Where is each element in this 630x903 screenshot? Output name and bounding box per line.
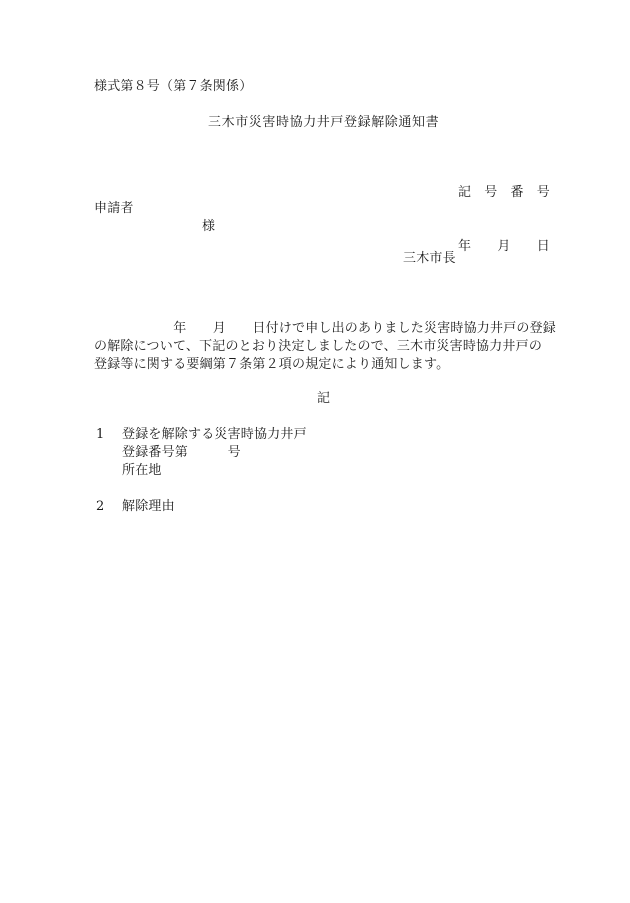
list-item: 1 登録を解除する災害時協力井戸 登録番号第 号 所在地 [94,426,554,480]
item-line: 所在地 [122,462,554,480]
ki-heading: 記 [317,390,330,408]
document-page: 様式第８号（第７条関係） 三木市災害時協力井戸登録解除通知書 記 号 番 号 年… [0,0,630,903]
body-line: の解除について、下記のとおり決定しましたので、三木市災害時協力井戸の [94,338,554,356]
body-line: 登録等に関する要綱第７条第２項の規定により通知します。 [94,356,554,374]
applicant-honorific: 様 [202,218,215,236]
reference-char: 番 [511,184,524,202]
item-number: 2 [96,498,116,516]
notice-body: 年 月 日付けで申し出のありました災害時協力井戸の登録 の解除について、下記のと… [94,320,554,374]
reference-number-row: 記 号 番 号 [458,184,550,202]
reference-char: 記 [458,184,471,202]
body-line: 年 月 日付けで申し出のありました災害時協力井戸の登録 [94,320,554,338]
reference-date-row: 年 月 日 [458,238,550,256]
applicant-label: 申請者 [94,200,134,218]
form-label: 様式第８号（第７条関係） [94,78,252,96]
reference-char: 号 [484,184,497,202]
issuer-name: 三木市長 [403,250,456,268]
item-line: 登録番号第 号 [122,444,554,462]
item-line: 解除理由 [122,498,554,516]
date-day: 日 [537,238,550,256]
date-year: 年 [458,238,471,256]
date-month: 月 [497,238,510,256]
reference-block: 記 号 番 号 年 月 日 [458,148,550,292]
item-number: 1 [96,426,116,444]
list-item: 2 解除理由 [94,498,554,516]
item-list: 1 登録を解除する災害時協力井戸 登録番号第 号 所在地 2 解除理由 [94,426,554,516]
document-title: 三木市災害時協力井戸登録解除通知書 [208,114,439,132]
reference-char: 号 [537,184,550,202]
item-line: 登録を解除する災害時協力井戸 [122,426,554,444]
